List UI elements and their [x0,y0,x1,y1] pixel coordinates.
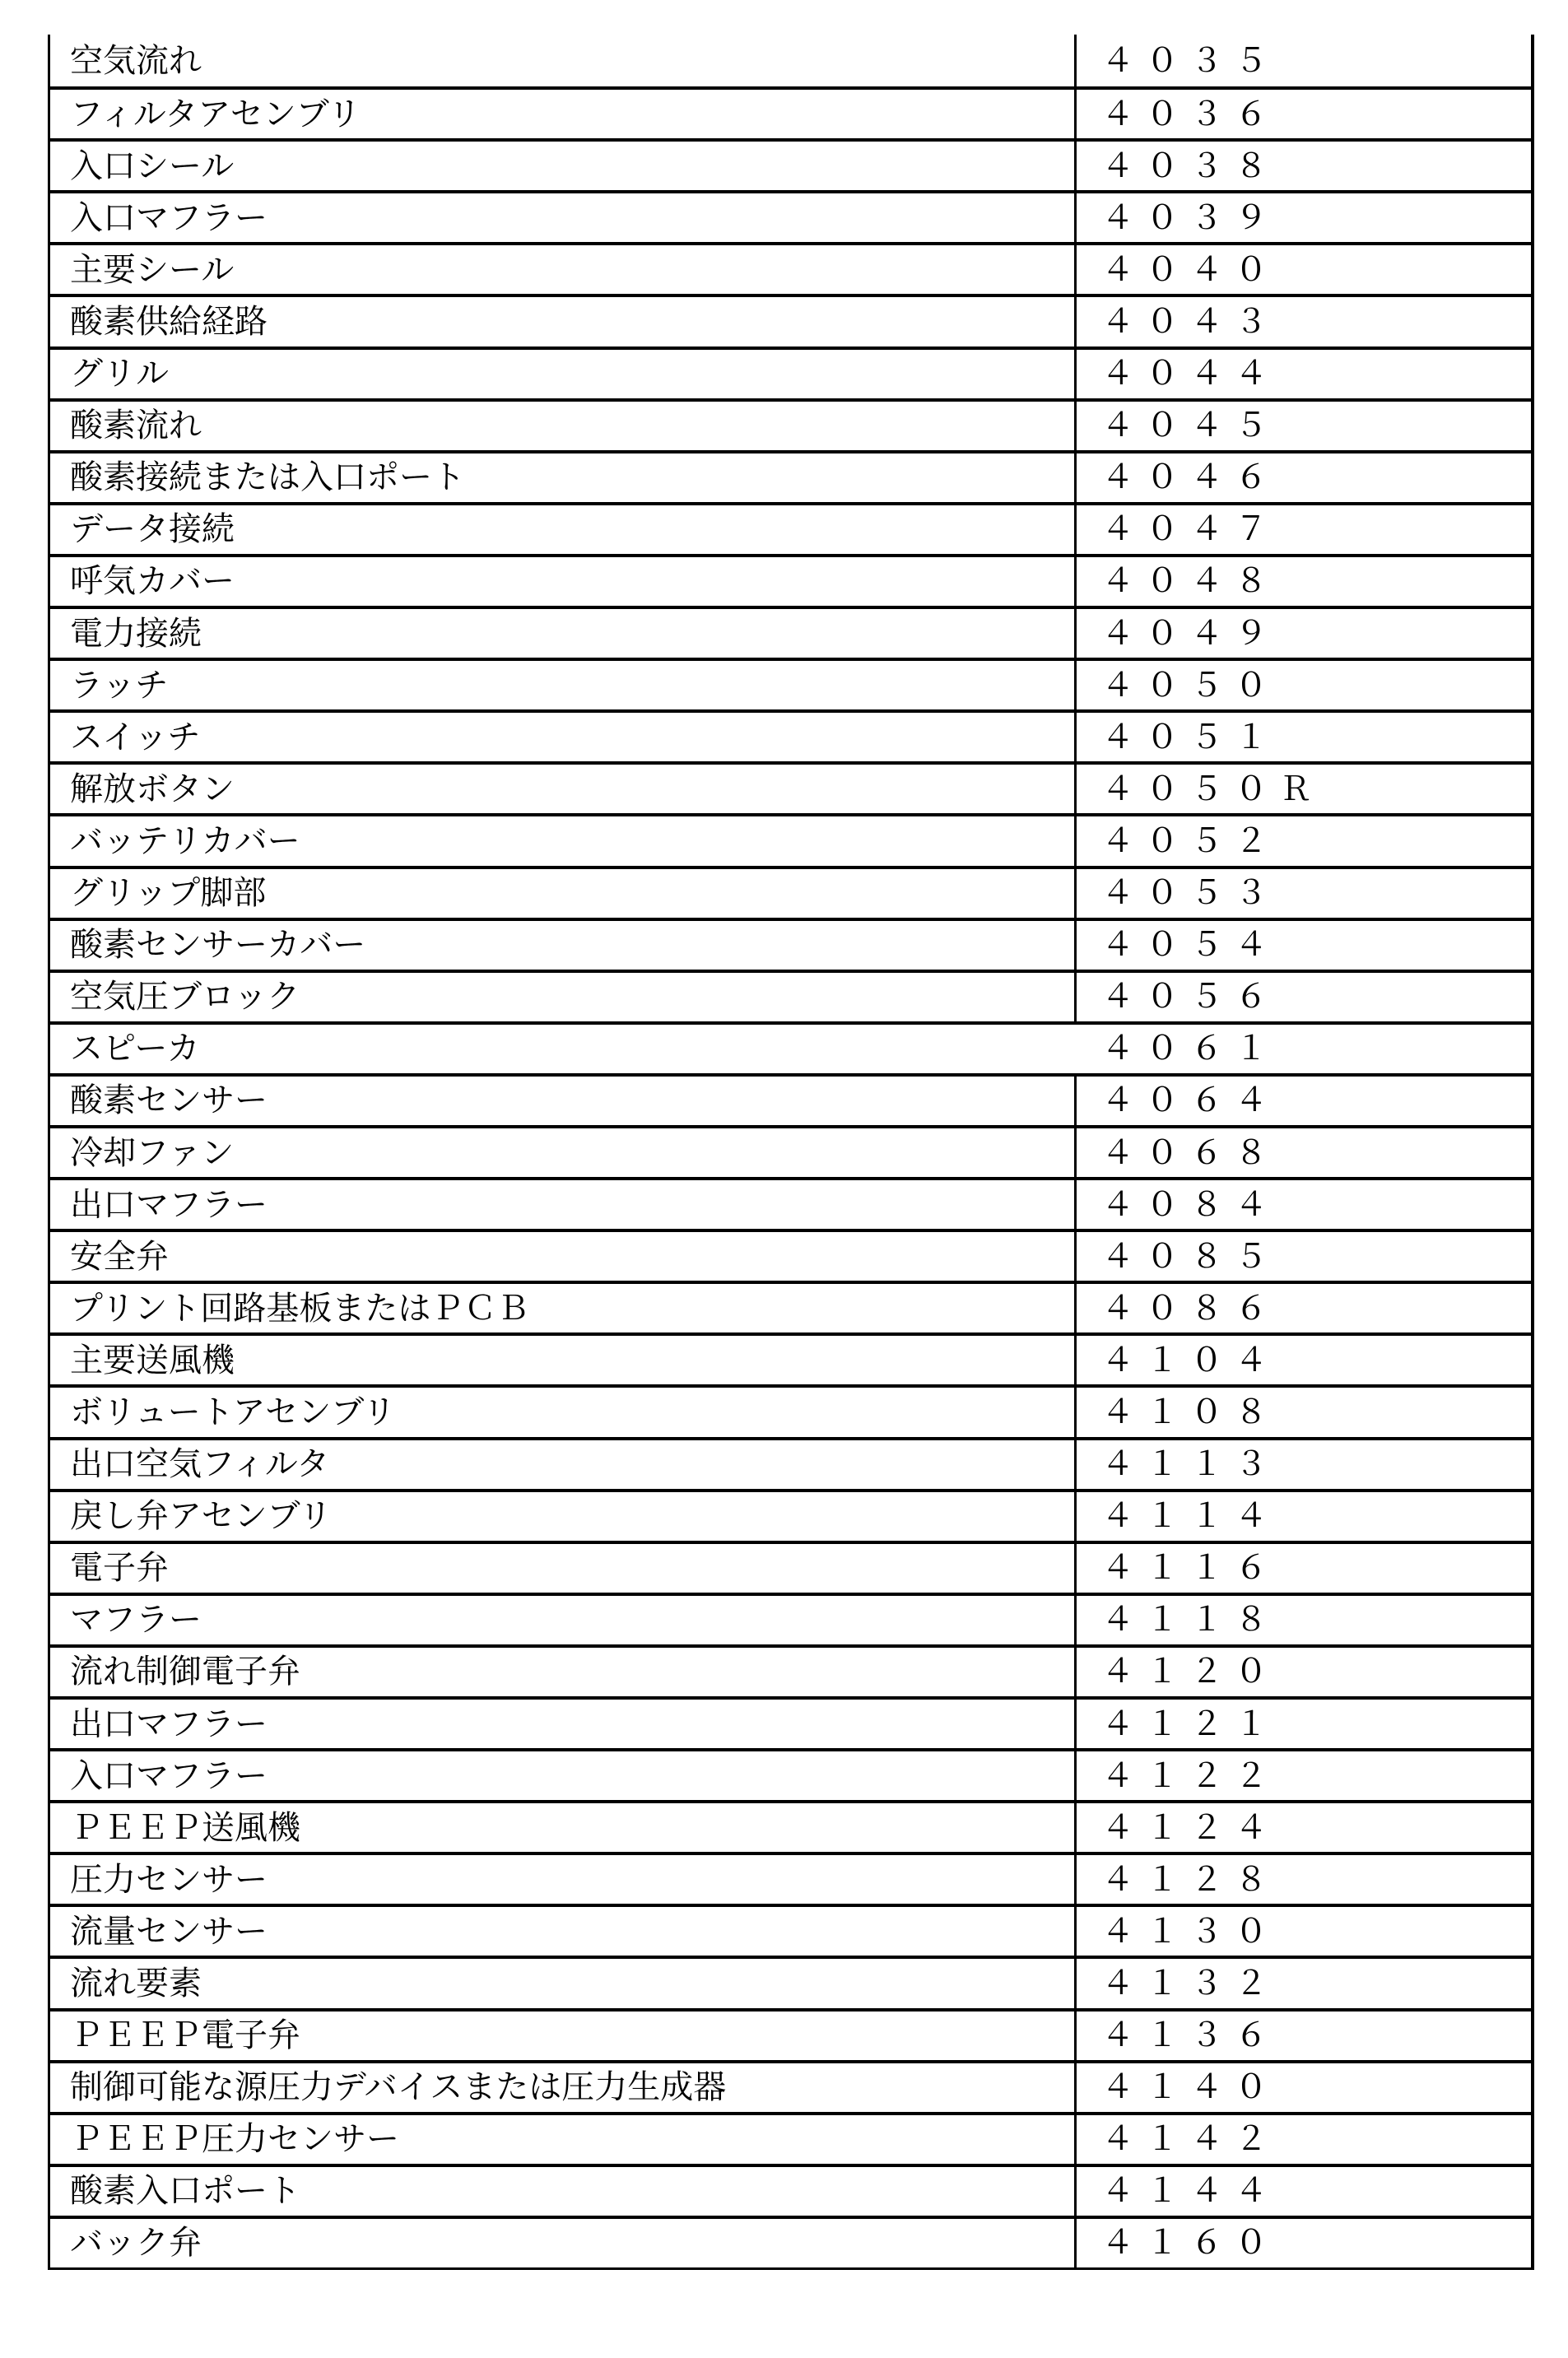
table-row: 出口マフラー４１２１ [50,1696,1531,1748]
part-name-cell: 出口マフラー [50,1700,1077,1748]
reference-number-cell: ４０４３ [1077,297,1531,346]
table-row: 圧力センサー４１２８ [50,1852,1531,1904]
table-row: 電子弁４１１６ [50,1541,1531,1593]
table-row: 出口マフラー４０８４ [50,1177,1531,1229]
part-name-cell: 出口空気フィルタ [50,1440,1077,1489]
parts-reference-table: 空気流れ４０３５フィルタアセンブリ４０３６入口シール４０３８入口マフラー４０３９… [48,35,1534,2270]
table-row: バッテリカバー４０５２ [50,813,1531,865]
table-row: ラッチ４０５０ [50,658,1531,709]
reference-number-cell: ４１２２ [1077,1751,1531,1800]
table-row: 酸素センサーカバー４０５４ [50,918,1531,970]
reference-number-cell: ４１４０ [1077,2063,1531,2112]
reference-number-cell: ４０４７ [1077,505,1531,554]
reference-number-cell: ４１１４ [1077,1492,1531,1541]
table-row: 呼気カバー４０４８ [50,554,1531,606]
table-row: 空気流れ４０３５ [50,35,1531,86]
table-row: 安全弁４０８５ [50,1229,1531,1281]
reference-number-cell: ４１２１ [1077,1700,1531,1748]
part-name-cell: グリル [50,350,1077,398]
part-name-cell: 圧力センサー [50,1855,1077,1904]
table-row: 酸素接続または入口ポート４０４６ [50,450,1531,502]
part-name-cell: 出口マフラー [50,1180,1077,1229]
reference-number-cell: ４０５１ [1077,713,1531,761]
part-name-cell: 酸素流れ [50,402,1077,450]
table-row: ボリュートアセンブリ４１０８ [50,1384,1531,1436]
table-row: バック弁４１６０ [50,2216,1531,2267]
reference-number-cell: ４０６４ [1077,1077,1531,1125]
reference-number-cell: ４０３９ [1077,193,1531,242]
table-row: 主要送風機４１０４ [50,1332,1531,1384]
part-name-cell: 入口マフラー [50,193,1077,242]
part-name-cell: スピーカ [50,1025,1077,1073]
reference-number-cell: ４１３６ [1077,2012,1531,2060]
part-name-cell: スイッチ [50,713,1077,761]
reference-number-cell: ４０４４ [1077,350,1531,398]
table-row: グリップ脚部４０５３ [50,866,1531,918]
part-name-cell: 流れ要素 [50,1959,1077,2007]
reference-number-cell: ４０４９ [1077,609,1531,658]
table-row: 電力接続４０４９ [50,606,1531,658]
reference-number-cell: ４１１３ [1077,1440,1531,1489]
part-name-cell: 空気圧ブロック [50,973,1077,1021]
table-row: 酸素入口ポート４１４４ [50,2164,1531,2216]
part-name-cell: プリント回路基板またはＰＣＢ [50,1284,1077,1332]
reference-number-cell: ４０８６ [1077,1284,1531,1332]
reference-number-cell: ４０６８ [1077,1128,1531,1177]
part-name-cell: バック弁 [50,2219,1077,2267]
table-row: 入口マフラー４１２２ [50,1748,1531,1800]
part-name-cell: 戻し弁アセンブリ [50,1492,1077,1541]
reference-number-cell: ４１４４ [1077,2167,1531,2216]
part-name-cell: マフラー [50,1596,1077,1644]
reference-number-cell: ４０４８ [1077,557,1531,606]
part-name-cell: 制御可能な源圧力デバイスまたは圧力生成器 [50,2063,1077,2112]
reference-number-cell: ４１２０ [1077,1648,1531,1696]
reference-number-cell: ４０３６ [1077,90,1531,138]
part-name-cell: 酸素供給経路 [50,297,1077,346]
part-name-cell: フィルタアセンブリ [50,90,1077,138]
reference-number-cell: ４１４２ [1077,2115,1531,2164]
reference-number-cell: ４０４０ [1077,245,1531,294]
table-row: グリル４０４４ [50,346,1531,398]
part-name-cell: 酸素センサーカバー [50,921,1077,970]
table-row: フィルタアセンブリ４０３６ [50,86,1531,138]
reference-number-cell: ４０５６ [1077,973,1531,1021]
reference-number-cell: ４１６０ [1077,2219,1531,2267]
table-row: 出口空気フィルタ４１１３ [50,1437,1531,1489]
reference-number-cell: ４０３８ [1077,142,1531,190]
part-name-cell: ＰＥＥＰ圧力センサー [50,2115,1077,2164]
part-name-cell: ＰＥＥＰ電子弁 [50,2012,1077,2060]
reference-number-cell: ４１３０ [1077,1907,1531,1956]
part-name-cell: 酸素接続または入口ポート [50,453,1077,502]
table-row: 流れ制御電子弁４１２０ [50,1644,1531,1696]
table-row: 酸素供給経路４０４３ [50,294,1531,346]
table-row: スピーカ４０６１ [50,1021,1531,1073]
table-row: 制御可能な源圧力デバイスまたは圧力生成器４１４０ [50,2060,1531,2112]
reference-number-cell: ４０５４ [1077,921,1531,970]
reference-number-cell: ４０４５ [1077,402,1531,450]
table-row: 入口シール４０３８ [50,138,1531,190]
table-row: 主要シール４０４０ [50,242,1531,294]
reference-number-cell: ４０５０Ｒ [1077,765,1531,813]
table-row: 酸素流れ４０４５ [50,398,1531,450]
part-name-cell: ラッチ [50,661,1077,709]
part-name-cell: 主要シール [50,245,1077,294]
table-row: 流量センサー４１３０ [50,1904,1531,1956]
part-name-cell: 冷却ファン [50,1128,1077,1177]
reference-number-cell: ４１２８ [1077,1855,1531,1904]
table-row: 空気圧ブロック４０５６ [50,970,1531,1021]
table-row: プリント回路基板またはＰＣＢ４０８６ [50,1281,1531,1332]
part-name-cell: 流量センサー [50,1907,1077,1956]
part-name-cell: 電力接続 [50,609,1077,658]
part-name-cell: グリップ脚部 [50,869,1077,918]
table-row: 入口マフラー４０３９ [50,190,1531,242]
table-row: データ接続４０４７ [50,502,1531,554]
part-name-cell: 酸素センサー [50,1077,1077,1125]
part-name-cell: 安全弁 [50,1232,1077,1281]
reference-number-cell: ４１３２ [1077,1959,1531,2007]
table-row: 酸素センサー４０６４ [50,1073,1531,1125]
table-row: 冷却ファン４０６８ [50,1125,1531,1177]
reference-number-cell: ４１１６ [1077,1544,1531,1593]
part-name-cell: 入口シール [50,142,1077,190]
part-name-cell: 主要送風機 [50,1336,1077,1384]
part-name-cell: 酸素入口ポート [50,2167,1077,2216]
reference-number-cell: ４０５０ [1077,661,1531,709]
table-row: スイッチ４０５１ [50,709,1531,761]
reference-number-cell: ４１２４ [1077,1803,1531,1852]
table-row: 戻し弁アセンブリ４１１４ [50,1489,1531,1541]
reference-number-cell: ４０５２ [1077,816,1531,865]
table-row: 流れ要素４１３２ [50,1956,1531,2007]
part-name-cell: データ接続 [50,505,1077,554]
table-row: ＰＥＥＰ送風機４１２４ [50,1800,1531,1852]
part-name-cell: 呼気カバー [50,557,1077,606]
table-row: 解放ボタン４０５０Ｒ [50,761,1531,813]
reference-number-cell: ４１１８ [1077,1596,1531,1644]
reference-number-cell: ４０６１ [1077,1025,1531,1073]
reference-number-cell: ４０４６ [1077,453,1531,502]
reference-number-cell: ４１０４ [1077,1336,1531,1384]
part-name-cell: ＰＥＥＰ送風機 [50,1803,1077,1852]
table-row: マフラー４１１８ [50,1593,1531,1644]
reference-number-cell: ４０５３ [1077,869,1531,918]
part-name-cell: 電子弁 [50,1544,1077,1593]
reference-number-cell: ４１０８ [1077,1388,1531,1436]
table-row: ＰＥＥＰ圧力センサー４１４２ [50,2112,1531,2164]
part-name-cell: 入口マフラー [50,1751,1077,1800]
reference-number-cell: ４０３５ [1077,35,1531,86]
part-name-cell: バッテリカバー [50,816,1077,865]
part-name-cell: ボリュートアセンブリ [50,1388,1077,1436]
reference-number-cell: ４０８４ [1077,1180,1531,1229]
part-name-cell: 流れ制御電子弁 [50,1648,1077,1696]
reference-number-cell: ４０８５ [1077,1232,1531,1281]
part-name-cell: 解放ボタン [50,765,1077,813]
table-row: ＰＥＥＰ電子弁４１３６ [50,2008,1531,2060]
part-name-cell: 空気流れ [50,35,1077,86]
